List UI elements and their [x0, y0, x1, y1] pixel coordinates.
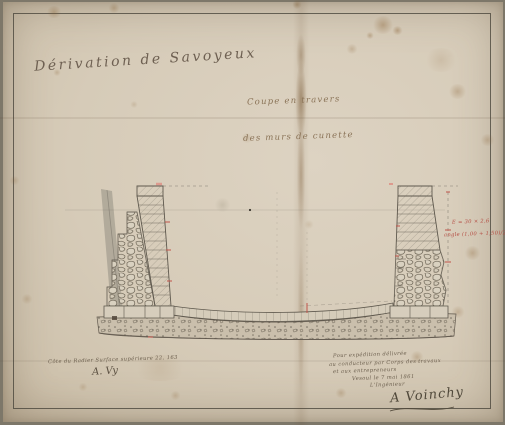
bottom-left-signature: A. Vy: [92, 365, 119, 378]
scanned-drawing-sheet: Dérivation de Savoyeux Coupe en travers …: [0, 0, 505, 425]
signature-flourish: [388, 404, 458, 414]
bottom-right-line5: L'Ingénieur: [370, 381, 405, 388]
right-wall: [390, 186, 448, 318]
